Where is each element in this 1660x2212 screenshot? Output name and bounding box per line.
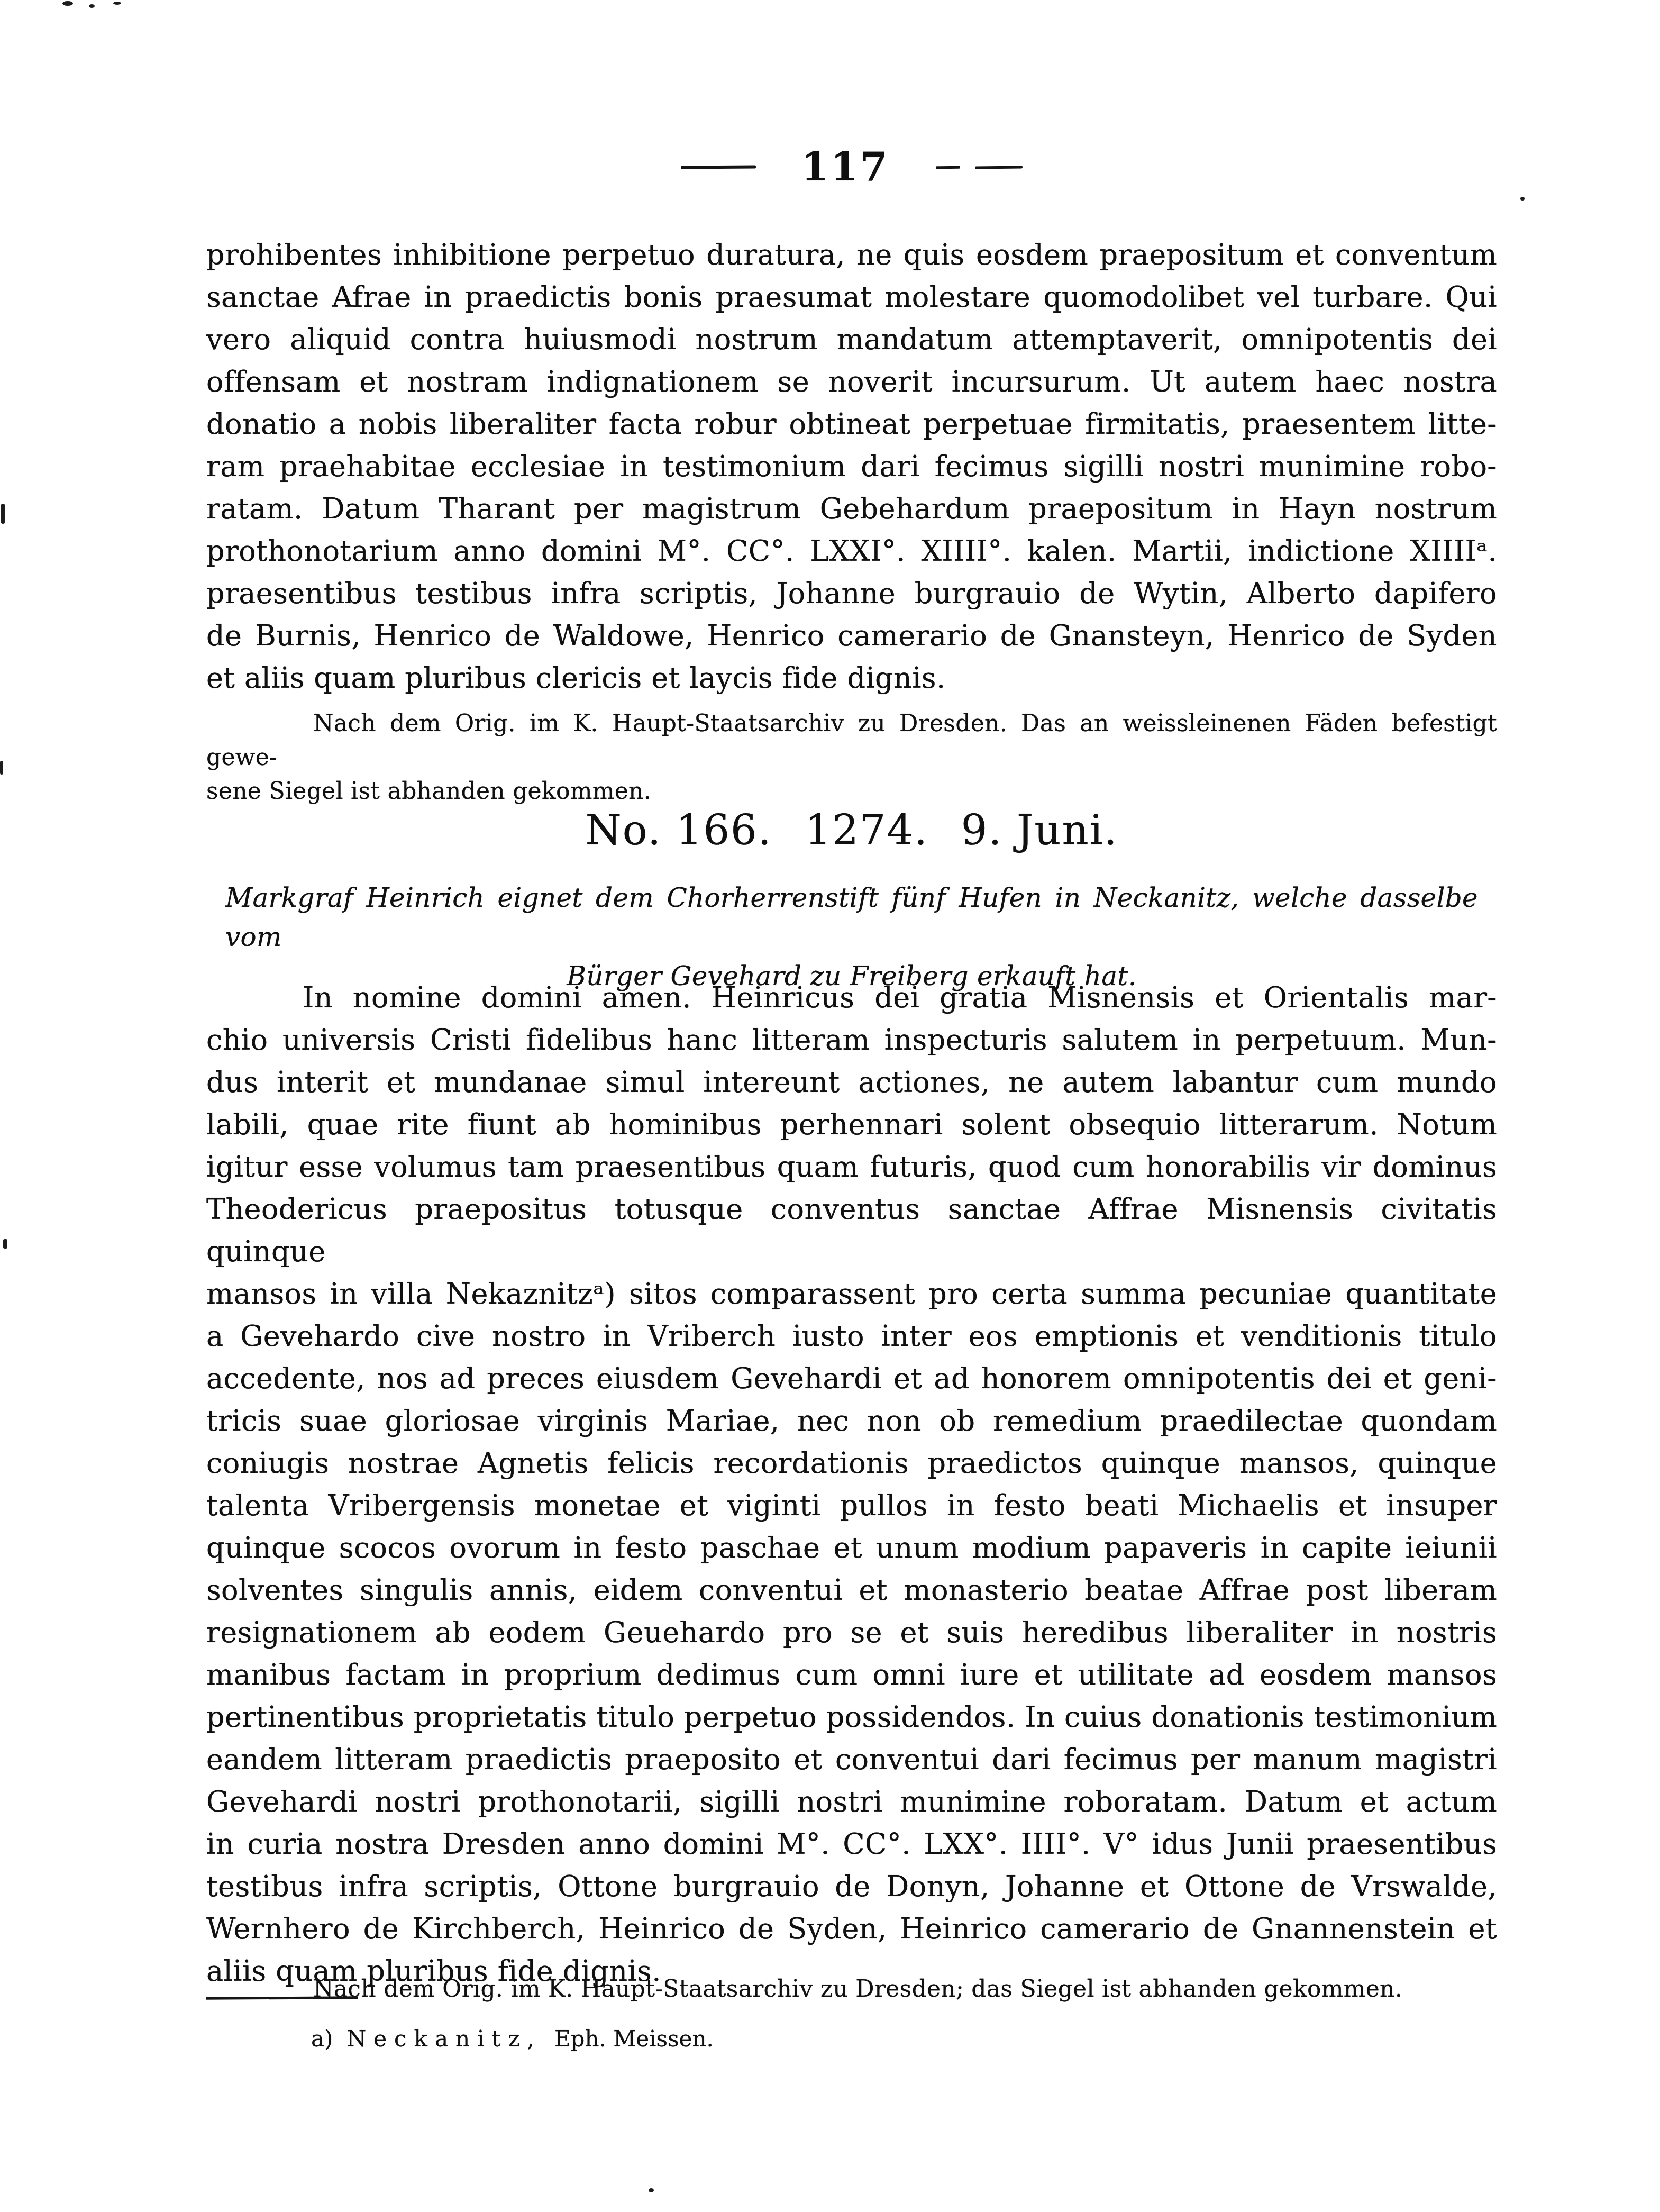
text-line: testibus infra scriptis, Ottone burgraui… xyxy=(206,1865,1497,1908)
scan-speck xyxy=(0,761,3,775)
text-line: Theodericus praepositus totusque convent… xyxy=(206,1188,1497,1273)
footnote-place-name: Neckanitz, xyxy=(346,2026,541,2052)
text-line: in curia nostra Dresden anno domini M°. … xyxy=(206,1823,1497,1865)
text-line: praesentibus testibus infra scriptis, Jo… xyxy=(206,572,1497,615)
text-line: Gevehardi nostri prothonotarii, sigilli … xyxy=(206,1781,1497,1823)
scan-speck xyxy=(89,4,95,8)
text-line: pertinentibus proprietatis titulo perpet… xyxy=(206,1696,1497,1738)
page-number: 117 xyxy=(801,142,889,193)
entry-165-continuation-text: prohibentes inhibitione perpetuo duratur… xyxy=(206,234,1497,699)
entry-166-heading: No. 166. 1274. 9. Juni. xyxy=(206,806,1497,855)
text-line: et aliis quam pluribus clericis et layci… xyxy=(206,657,1497,699)
entry-number: No. 166. xyxy=(585,806,772,855)
footnote-text: Eph. Meissen. xyxy=(554,2026,714,2052)
header-rule-right-2 xyxy=(975,166,1023,169)
scan-speck xyxy=(62,1,73,6)
text-line: labili, quae rite fiunt ab hominibus per… xyxy=(206,1104,1497,1146)
scanned-book-page: 117 prohibentes inhibitione perpetuo dur… xyxy=(0,0,1660,2212)
text-line: offensam et nostram indignationem se nov… xyxy=(206,361,1497,403)
text-line: ratam. Datum Tharant per magistrum Gebeh… xyxy=(206,488,1497,530)
header-rule-left xyxy=(681,166,756,169)
text-line: Markgraf Heinrich eignet dem Chorherrens… xyxy=(225,878,1478,957)
text-line: de Burnis, Henrico de Waldowe, Henrico c… xyxy=(206,615,1497,657)
entry-166-charter-text: In nomine domini amen. Heinricus dei gra… xyxy=(206,977,1497,1992)
text-line: ram praehabitae ecclesiae in testimonium… xyxy=(206,445,1497,488)
scan-speck xyxy=(1520,197,1525,201)
entry-date: 9. Juni. xyxy=(961,806,1118,855)
text-line: accedente, nos ad preces eiusdem Gevehar… xyxy=(206,1358,1497,1400)
scan-speck xyxy=(1,504,5,524)
text-line: solventes singulis annis, eidem conventu… xyxy=(206,1569,1497,1612)
footnote-marker: a) xyxy=(311,2026,333,2052)
text-line: dus interit et mundanae simul intereunt … xyxy=(206,1061,1497,1104)
header-rule-right-1 xyxy=(936,166,960,168)
text-line: talenta Vribergensis monetae et viginti … xyxy=(206,1485,1497,1527)
scan-speck xyxy=(113,2,121,5)
text-line: Wernhero de Kirchberch, Heinrico de Syde… xyxy=(206,1908,1497,1950)
text-line: a Gevehardo cive nostro in Vriberch iust… xyxy=(206,1315,1497,1358)
text-line: prohibentes inhibitione perpetuo duratur… xyxy=(206,234,1497,276)
text-line: resignationem ab eodem Geuehardo pro se … xyxy=(206,1612,1497,1654)
text-line: tricis suae gloriosae virginis Mariae, n… xyxy=(206,1400,1497,1442)
entry-166-archive-note: Nach dem Orig. im K. Haupt-Staatsarchiv … xyxy=(206,1972,1497,2006)
text-line: manibus factam in proprium dedimus cum o… xyxy=(206,1654,1497,1696)
text-line: Nach dem Orig. im K. Haupt-Staatsarchiv … xyxy=(206,707,1497,775)
scan-speck xyxy=(649,2188,654,2192)
footnote: a)Neckanitz,Eph. Meissen. xyxy=(206,2023,1497,2055)
text-line: coniugis nostrae Agnetis felicis recorda… xyxy=(206,1442,1497,1485)
text-line: vero aliquid contra huiusmodi nostrum ma… xyxy=(206,318,1497,361)
text-line: In nomine domini amen. Heinricus dei gra… xyxy=(206,977,1497,1019)
page-header: 117 xyxy=(206,142,1497,193)
text-line: chio universis Cristi fidelibus hanc lit… xyxy=(206,1019,1497,1061)
entry-165-archive-note: Nach dem Orig. im K. Haupt-Staatsarchiv … xyxy=(206,707,1497,808)
entry-year: 1274. xyxy=(805,806,928,855)
text-line: mansos in villa Nekaznitzᵃ) sitos compar… xyxy=(206,1273,1497,1315)
text-line: igitur esse volumus tam praesentibus qua… xyxy=(206,1146,1497,1188)
text-line: sene Siegel ist abhanden gekommen. xyxy=(206,775,1497,808)
text-line: quinque scocos ovorum in festo paschae e… xyxy=(206,1527,1497,1569)
text-line: eandem litteram praedictis praeposito et… xyxy=(206,1738,1497,1781)
scan-speck xyxy=(3,1239,7,1249)
text-line: donatio a nobis liberaliter facta robur … xyxy=(206,403,1497,445)
text-line: prothonotarium anno domini M°. CC°. LXXI… xyxy=(206,530,1497,572)
text-line: sanctae Afrae in praedictis bonis praesu… xyxy=(206,276,1497,318)
